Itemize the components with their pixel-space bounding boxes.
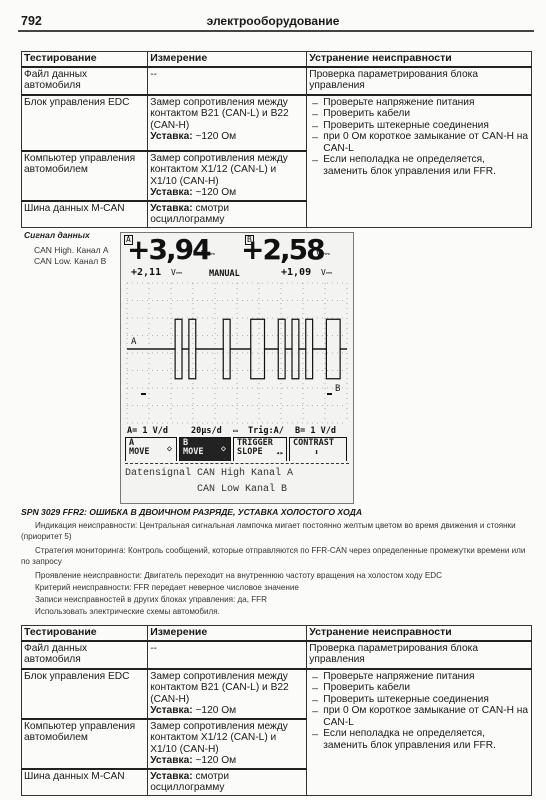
- scope-caption-line-1: Datensignal CAN High Kanal A: [125, 468, 293, 479]
- cell-measurement: --: [148, 641, 307, 669]
- table-row: Файл данных автомобиля -- Проверка парам…: [22, 67, 532, 95]
- measurement-text: Замер сопротивления между контактом B21 …: [150, 671, 289, 705]
- cell-fix-list: Проверьте напряжение питания Проверить к…: [307, 95, 532, 228]
- cell-test: Блок управления EDC: [22, 95, 148, 151]
- fix-item: Проверить штекерные соединения: [309, 694, 529, 706]
- cell-measurement: --: [148, 67, 307, 95]
- table-row: Блок управления EDC Замер сопротивления …: [22, 669, 532, 719]
- cell-fix: Проверка параметрирования блока управлен…: [307, 641, 532, 669]
- measurement-text: Замер сопротивления между контактом B21 …: [150, 97, 289, 131]
- section-title: электрооборудование: [0, 14, 546, 28]
- measurement-text: Замер сопротивления между контактом X1/1…: [150, 153, 288, 187]
- cell-test: Файл данных автомобиля: [22, 67, 148, 95]
- setpoint-label: Уставка:: [150, 705, 192, 716]
- setpoint-value: ~120 Ом: [193, 705, 237, 716]
- setpoint-value: ~120 Ом: [193, 131, 237, 142]
- softkey-trigger-slope: TRIGGERSLOPE ◂▸: [233, 437, 287, 461]
- fix-list: Проверьте напряжение питания Проверить к…: [309, 97, 529, 178]
- softkey-b-move: BMOVE ◇: [179, 437, 231, 461]
- fault-criterion: Критерий неисправности: FFR передает нев…: [21, 583, 533, 594]
- setpoint-label: Уставка:: [150, 771, 192, 782]
- svg-text:B: B: [335, 384, 340, 394]
- column-header-test: Тестирование: [22, 52, 148, 67]
- softkey-contrast: CONTRAST ⬍: [289, 437, 347, 461]
- fault-manifestation: Проявление неисправности: Двигатель пере…: [21, 571, 533, 582]
- cell-test: Блок управления EDC: [22, 669, 148, 719]
- cell-test: Файл данных автомобиля: [22, 641, 148, 669]
- signal-title: Сигнал данных: [24, 230, 90, 240]
- setpoint-value: ~120 Ом: [193, 755, 237, 766]
- fix-item: Проверить штекерные соединения: [309, 120, 529, 132]
- cell-fix-list: Проверьте напряжение питания Проверить к…: [307, 669, 532, 796]
- signal-line-a: CAN High. Канал А: [34, 245, 109, 255]
- wiring-diagram-note: Использовать электрические схемы автомоб…: [21, 607, 533, 618]
- fix-item: Проверить кабели: [309, 682, 529, 694]
- cell-measurement: Замер сопротивления между контактом B21 …: [148, 95, 307, 151]
- table-row: Блок управления EDC Замер сопротивления …: [22, 95, 532, 151]
- softkey-label: CONTRAST: [293, 438, 334, 448]
- header-rule: [18, 30, 534, 32]
- svg-text:A: A: [131, 337, 137, 347]
- a-scale-readout: A= 1 V/d: [127, 426, 168, 436]
- fix-item: Проверьте напряжение питания: [309, 671, 529, 683]
- table-row: Файл данных автомобиля -- Проверка парам…: [22, 641, 532, 669]
- softkey-label: MOVE: [183, 447, 203, 457]
- trigger-readout: Trig:A/: [248, 426, 284, 436]
- move-arrows-icon: ◇: [167, 445, 172, 454]
- setpoint-label: Уставка:: [150, 755, 192, 766]
- scope-caption-line-2: CAN Low Kanal B: [197, 484, 287, 495]
- column-header-fix: Устранение неисправности: [307, 52, 532, 67]
- column-header-measurement: Измерение: [148, 626, 307, 641]
- monitoring-strategy: Стратегия мониторинга: Контроль сообщени…: [21, 546, 533, 567]
- softkey-a-move: AMOVE ◇: [125, 437, 177, 461]
- cell-test: Шина данных M-CAN: [22, 201, 148, 228]
- measurement-text: Замер сопротивления между контактом X1/1…: [150, 721, 288, 755]
- move-arrows-icon: ◇: [221, 445, 226, 454]
- signal-line-b: CAN Low. Канал В: [34, 256, 106, 266]
- cell-measurement: Замер сопротивления между контактом X1/1…: [148, 151, 307, 201]
- setpoint-label: Уставка:: [150, 131, 192, 142]
- cell-measurement: Замер сопротивления между контактом X1/1…: [148, 719, 307, 769]
- fault-title: SPN 3029 FFR2: ОШИБКА В ДВОИЧНОМ РАЗРЯДЕ…: [21, 507, 362, 517]
- cell-measurement: Уставка: смотри осциллограмму: [148, 201, 307, 228]
- setpoint-value: ~120 Ом: [193, 187, 237, 198]
- diagnostic-table-bottom: Тестирование Измерение Устранение неиспр…: [21, 625, 532, 796]
- setpoint-label: Уставка:: [150, 203, 192, 214]
- b-scale-readout: B= 1 V/d: [295, 426, 336, 436]
- cell-measurement: Замер сопротивления между контактом B21 …: [148, 669, 307, 719]
- fix-item: Если неполадка не определяется, заменить…: [309, 154, 529, 177]
- fix-item: при 0 Ом короткое замыкание от CAN-H на …: [309, 131, 529, 154]
- cell-test: Шина данных M-CAN: [22, 769, 148, 796]
- softkey-label: SLOPE: [237, 447, 263, 457]
- cell-test: Компьютер управления автомобилем: [22, 719, 148, 769]
- fix-item: Если неполадка не определяется, заменить…: [309, 728, 529, 751]
- cell-fix: Проверка параметрирования блока управлен…: [307, 67, 532, 95]
- softkey-label: MOVE: [129, 447, 149, 457]
- caption-divider: [125, 463, 349, 464]
- setpoint-label: Уставка:: [150, 187, 192, 198]
- oscilloscope-screenshot: A +3,94 V⎓ B +2,58 V⎓ +2,11 V⎓ MANUAL +1…: [120, 232, 354, 504]
- fix-item: Проверить кабели: [309, 108, 529, 120]
- column-header-test: Тестирование: [22, 626, 148, 641]
- column-header-measurement: Измерение: [148, 52, 307, 67]
- column-header-fix: Устранение неисправности: [307, 626, 532, 641]
- fix-list: Проверьте напряжение питания Проверить к…: [309, 671, 529, 752]
- fault-indication: Индикация неисправности: Центральная сиг…: [21, 521, 533, 542]
- up-down-arrows-icon: ⬍: [314, 449, 319, 458]
- slope-arrows-icon: ◂▸: [276, 449, 284, 458]
- fix-item: при 0 Ом короткое замыкание от CAN-H на …: [309, 705, 529, 728]
- other-ecu-records: Записи неисправностей в других блоках уп…: [21, 595, 533, 606]
- fix-item: Проверьте напряжение питания: [309, 97, 529, 109]
- battery-icon: ▭: [233, 426, 238, 435]
- cell-measurement: Уставка: смотри осциллограмму: [148, 769, 307, 796]
- timebase-readout: 20µs/d: [191, 426, 222, 436]
- cell-test: Компьютер управления автомобилем: [22, 151, 148, 201]
- diagnostic-table-top: Тестирование Измерение Устранение неиспр…: [21, 51, 532, 228]
